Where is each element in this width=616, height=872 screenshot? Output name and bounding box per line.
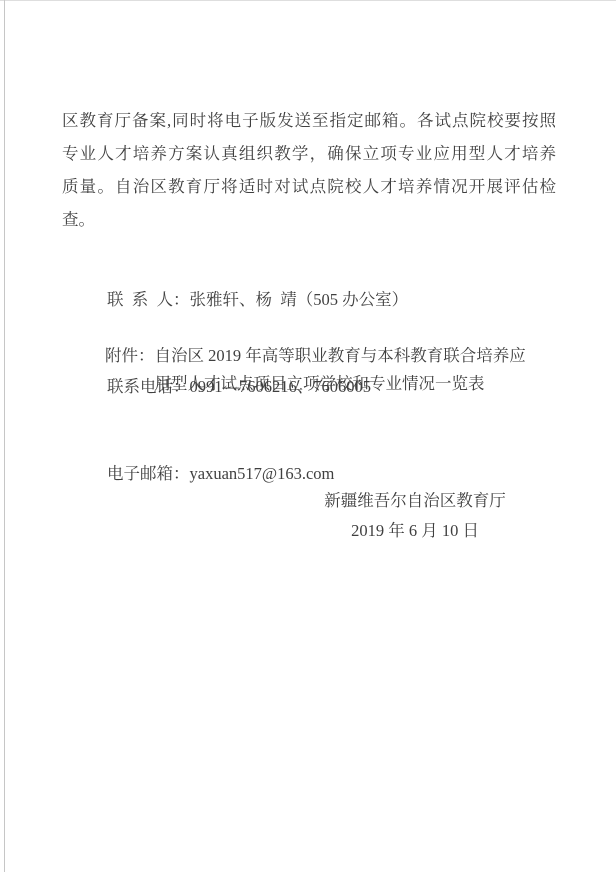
signature-block: 新疆维吾尔自治区教育厅 2019 年 6 月 10 日 [322, 486, 508, 546]
paragraph-line-2: 专业人才培养方案认真组织教学，确保立项专业应用型人才培养 [62, 137, 556, 170]
paragraph-line-1: 区教育厅备案,同时将电子版发送至指定邮箱。各试点院校要按照 [62, 104, 556, 137]
contact-person-line: 联 系 人：张雅轩、杨 靖（505 办公室） [107, 285, 408, 314]
attachment-title-line-2: 用型人才试点项目立项学校和专业情况一览表 [155, 370, 526, 398]
signature-date: 2019 年 6 月 10 日 [322, 516, 508, 546]
document-page: 区教育厅备案,同时将电子版发送至指定邮箱。各试点院校要按照 专业人才培养方案认真… [0, 0, 616, 872]
body-paragraph: 区教育厅备案,同时将电子版发送至指定邮箱。各试点院校要按照 专业人才培养方案认真… [62, 104, 556, 236]
signature-organization: 新疆维吾尔自治区教育厅 [322, 486, 508, 516]
attachment-title: 自治区 2019 年高等职业教育与本科教育联合培养应 用型人才试点项目立项学校和… [155, 342, 526, 398]
attachment-label: 附件： [105, 342, 155, 370]
attachment-title-line-1: 自治区 2019 年高等职业教育与本科教育联合培养应 [155, 342, 526, 370]
attachment-block: 附件： 自治区 2019 年高等职业教育与本科教育联合培养应 用型人才试点项目立… [105, 342, 526, 398]
scan-top-edge-line [0, 0, 616, 1]
contact-email-line: 电子邮箱：yaxuan517@163.com [107, 459, 408, 488]
scan-left-edge-line [4, 0, 5, 872]
paragraph-line-3: 质量。自治区教育厅将适时对试点院校人才培养情况开展评估检 [62, 170, 556, 203]
